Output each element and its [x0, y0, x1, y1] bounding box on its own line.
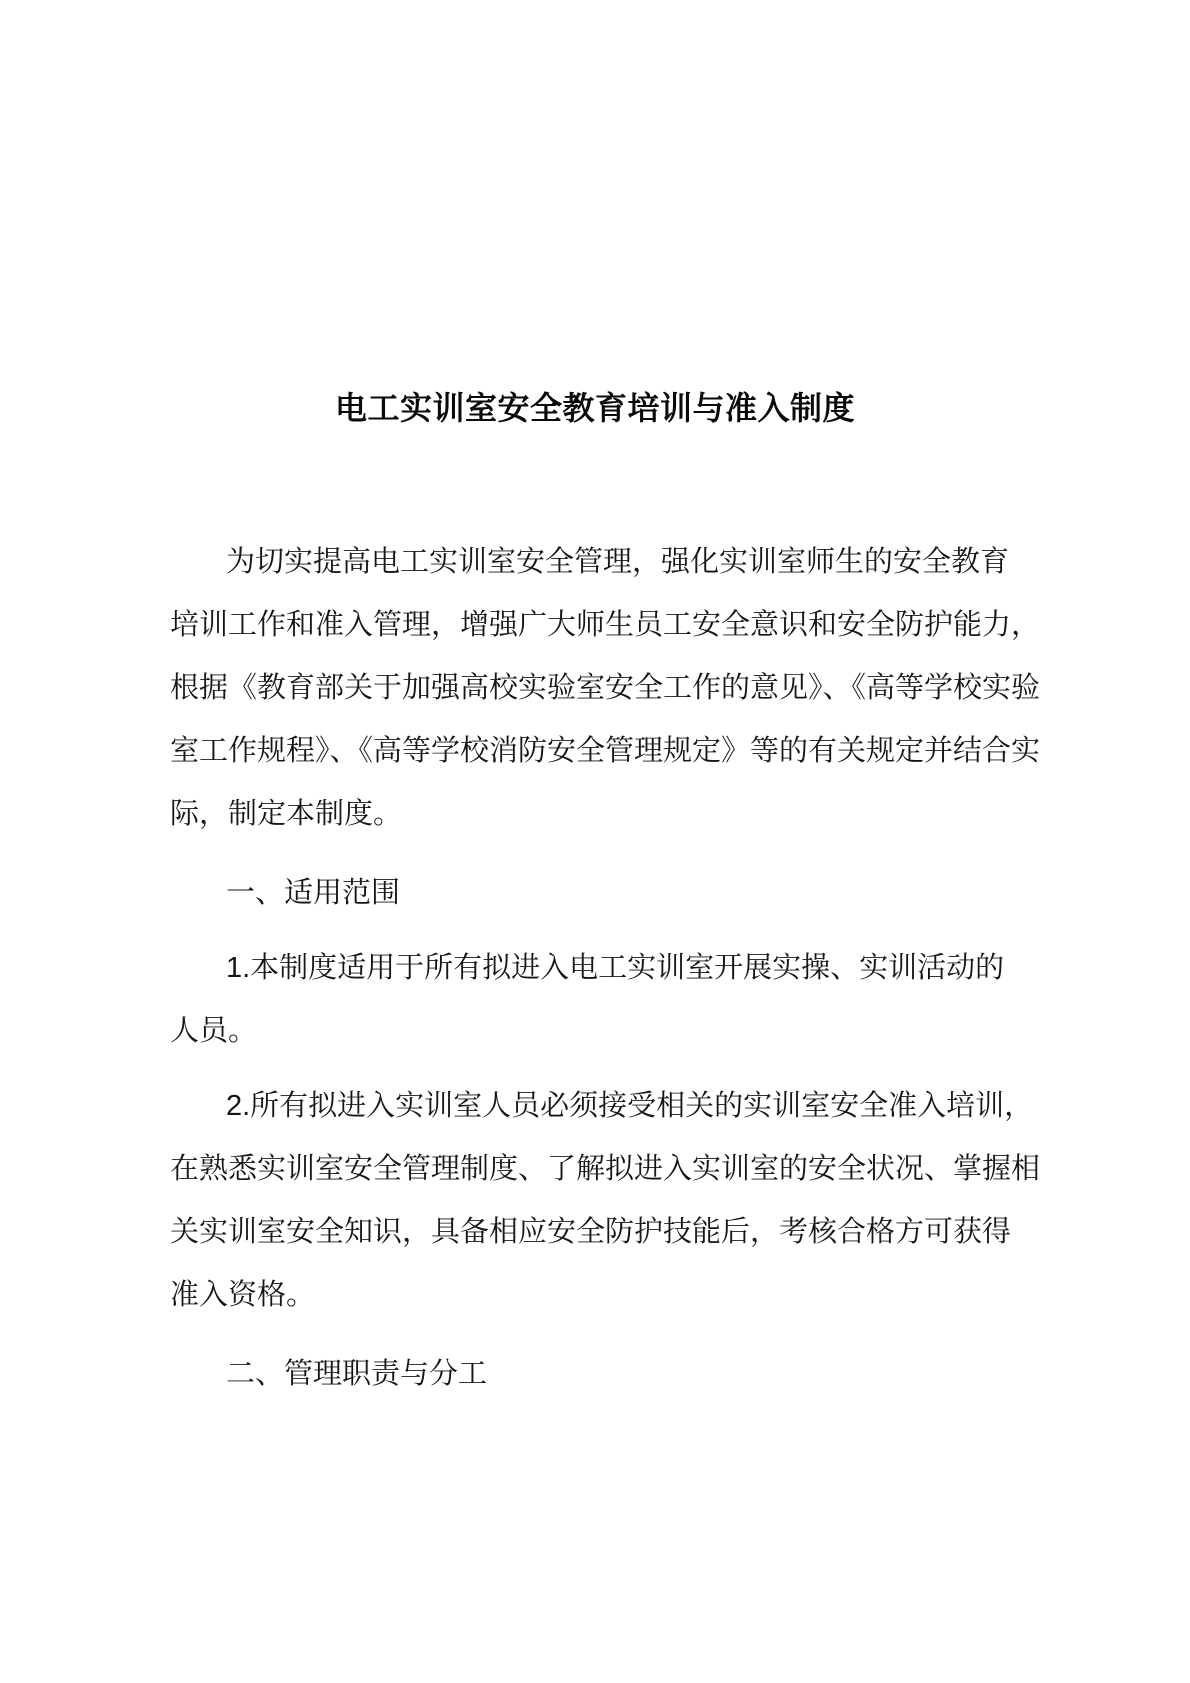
paragraph-line: 人员。 [170, 1000, 1042, 1063]
paragraph-line: 2.所有拟进入实训室人员必须接受相关的实训室安全准入培训， [170, 1075, 1042, 1138]
paragraph-line: 根据《教育部关于加强高校实验室安全工作的意见》、《高等学校实验 [170, 657, 1042, 720]
paragraph-line: 为切实提高电工实训室安全管理，强化实训室师生的安全教育 [170, 531, 1042, 594]
document-title: 电工实训室安全教育培训与准入制度 [0, 386, 1190, 430]
paragraph-line: 室工作规程》、《高等学校消防安全管理规定》等的有关规定并结合实 [170, 720, 1042, 783]
paragraph-line: 1.本制度适用于所有拟进入电工实训室开展实操、实训活动的 [170, 937, 1042, 1000]
section-1-heading: 一、适用范围 [170, 862, 1042, 925]
paragraph-item-1: 1.本制度适用于所有拟进入电工实训室开展实操、实训活动的 人员。 [170, 937, 1042, 1063]
section-2-heading: 二、管理职责与分工 [170, 1343, 1042, 1406]
paragraph-line: 准入资格。 [170, 1264, 1042, 1327]
document-body: 为切实提高电工实训室安全管理，强化实训室师生的安全教育 培训工作和准入管理，增强… [170, 531, 1042, 1406]
paragraph-line: 在熟悉实训室安全管理制度、了解拟进入实训室的安全状况、掌握相 [170, 1138, 1042, 1201]
section-heading-text: 一、适用范围 [170, 862, 1042, 925]
paragraph-intro: 为切实提高电工实训室安全管理，强化实训室师生的安全教育 培训工作和准入管理，增强… [170, 531, 1042, 846]
paragraph-line: 际，制定本制度。 [170, 783, 1042, 846]
document-page: 电工实训室安全教育培训与准入制度 为切实提高电工实训室安全管理，强化实训室师生的… [0, 0, 1190, 1683]
paragraph-line: 关实训室安全知识，具备相应安全防护技能后，考核合格方可获得 [170, 1201, 1042, 1264]
paragraph-line: 培训工作和准入管理，增强广大师生员工安全意识和安全防护能力， [170, 594, 1042, 657]
paragraph-item-2: 2.所有拟进入实训室人员必须接受相关的实训室安全准入培训， 在熟悉实训室安全管理… [170, 1075, 1042, 1327]
section-heading-text: 二、管理职责与分工 [170, 1343, 1042, 1406]
